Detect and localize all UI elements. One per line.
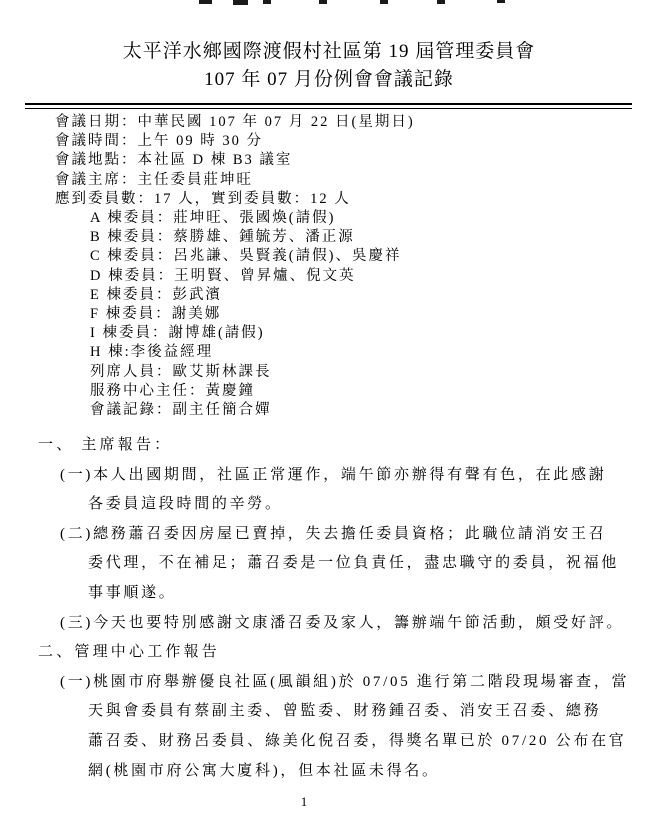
- attendee-line-c: C 棟委員：呂兆謙、吳賢義(請假)、吳慶祥: [55, 247, 635, 266]
- service-center-director-line: 服務中心主任：黃慶鐘: [55, 382, 635, 401]
- document-page: 太平洋水鄉國際渡假村社區第 19 屆管理委員會 107 年 07 月份例會會議記…: [0, 0, 658, 831]
- cropped-text-fragment: [380, 0, 388, 4]
- attendee-line-i: I 棟委員：謝博雄(請假): [55, 324, 635, 343]
- document-title-line1: 太平洋水鄉國際渡假村社區第 19 屆管理委員會: [0, 36, 658, 63]
- minutes-recorder-line: 會議記錄：副主任簡合嬋: [55, 401, 635, 420]
- cropped-text-fragment: [263, 0, 271, 4]
- attendee-line-d: D 棟委員：王明賢、曾昇爐、倪文英: [55, 267, 635, 286]
- section-2-heading: 二、管理中心工作報告: [0, 638, 658, 668]
- attendee-line-a: A 棟委員：莊坤旺、張國煥(請假): [55, 209, 635, 228]
- cropped-text-fragment: [319, 0, 327, 4]
- attendee-line-f: F 棟委員：謝美娜: [55, 305, 635, 324]
- cropped-text-fragment: [199, 0, 212, 4]
- observer-line: 列席人員：歐艾斯林課長: [55, 363, 635, 382]
- meeting-chair-line: 會議主席：主任委員莊坤旺: [55, 171, 635, 190]
- meeting-location-line: 會議地點：本社區 D 棟 B3 議室: [55, 151, 635, 170]
- attendee-line-h: H 棟:李後益經理: [55, 343, 635, 362]
- cropped-text-fragment: [233, 0, 248, 5]
- attendee-line-b: B 棟委員：蔡勝雄、鍾毓芳、潘正源: [55, 228, 635, 247]
- cropped-text-fragment: [437, 0, 445, 4]
- report-body: 一、 主席報告： (一)本人出國期間，社區正常運作，端午節亦辦得有聲有色，在此感…: [0, 431, 658, 786]
- cropped-text-fragment: [497, 0, 505, 3]
- body-line: (一)本人出國期間，社區正常運作，端午節亦辦得有聲有色，在此感謝: [0, 461, 658, 491]
- attendance-count-line: 應到委員數：17 人，實到委員數：12 人: [55, 190, 635, 209]
- document-title-line2: 107 年 07 月份例會會議記錄: [0, 64, 658, 91]
- header-divider: [25, 103, 632, 109]
- meeting-info-block: 會議日期：中華民國 107 年 07 月 22 日(星期日) 會議時間：上午 0…: [55, 113, 635, 420]
- section-1-heading: 一、 主席報告：: [0, 431, 658, 461]
- meeting-date-line: 會議日期：中華民國 107 年 07 月 22 日(星期日): [55, 113, 635, 132]
- body-line: 天與會委員有蔡副主委、曾監委、財務鍾召委、消安王召委、總務: [0, 697, 658, 727]
- page-number: 1: [0, 794, 608, 810]
- body-line: 蕭召委、財務呂委員、綠美化倪召委，得獎名單已於 07/20 公布在官: [0, 727, 658, 757]
- body-line: (一)桃園市府舉辦優良社區(風韻組)於 07/05 進行第二階段現場審查，當: [0, 668, 658, 698]
- attendee-line-e: E 棟委員：彭武濱: [55, 286, 635, 305]
- body-line: 事事順遂。: [0, 579, 658, 609]
- body-line: 委代理，不在補足；蕭召委是一位負責任，盡忠職守的委員，祝福他: [0, 549, 658, 579]
- body-line: 各委員這段時間的辛勞。: [0, 490, 658, 520]
- body-line: (二)總務蕭召委因房屋已賣掉，失去擔任委員資格；此職位請消安王召: [0, 520, 658, 550]
- body-line: 網(桃園市府公寓大廈科)，但本社區未得名。: [0, 757, 658, 787]
- meeting-time-line: 會議時間：上午 09 時 30 分: [55, 132, 635, 151]
- body-line: (三)今天也要特別感謝文康潘召委及家人，籌辦端午節活動，頗受好評。: [0, 609, 658, 639]
